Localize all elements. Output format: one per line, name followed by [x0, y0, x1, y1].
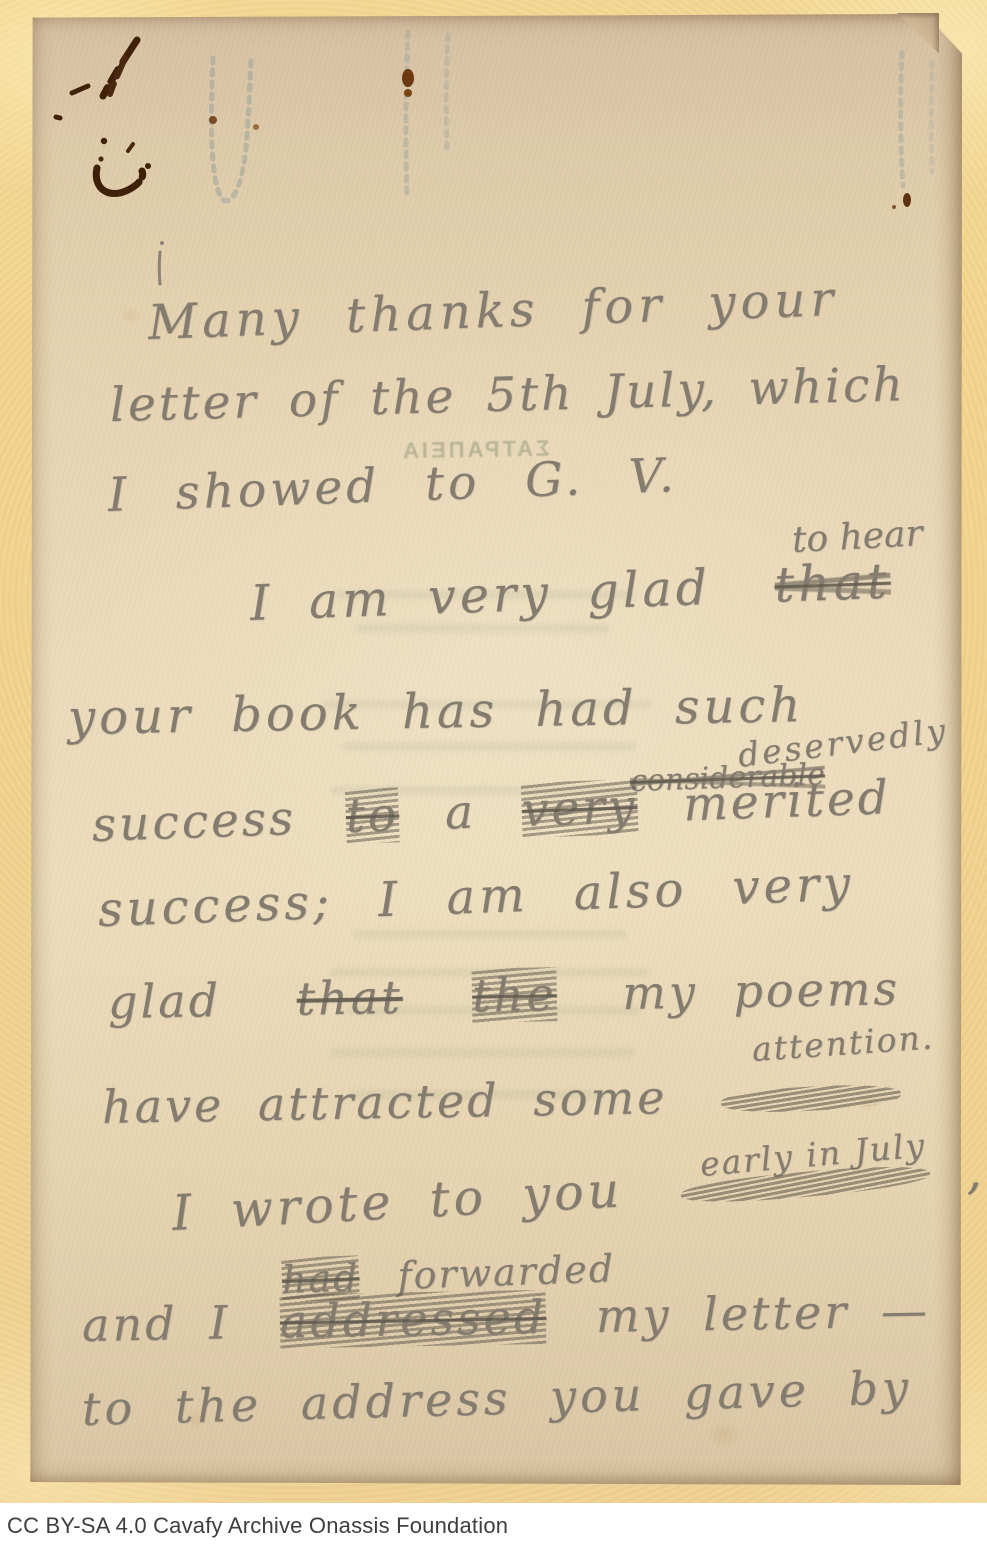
- struck-word: addressed: [279, 1290, 546, 1349]
- word-segment: my letter —: [595, 1283, 930, 1343]
- struck-word: that: [773, 553, 891, 614]
- word-segment: ,: [964, 1142, 987, 1200]
- word-segment: success: [91, 791, 297, 853]
- struck-word: very: [521, 779, 638, 838]
- license-text: CC BY-SA 4.0 Cavafy Archive Onassis Foun…: [7, 1513, 508, 1539]
- struck-word: that: [296, 970, 403, 1026]
- word-segment: and I: [82, 1295, 231, 1352]
- word-segment: my poems: [622, 961, 901, 1020]
- scanned-letter-page: ΣΑΤΡΑΠΕΙΑ: [0, 0, 987, 1549]
- word-segment: glad: [108, 973, 222, 1029]
- struck-word: the: [472, 967, 557, 1022]
- ink-hook: [96, 168, 142, 193]
- strikethrough-scribble: [720, 1082, 901, 1115]
- word-segment: merited: [682, 770, 891, 832]
- license-bar: CC BY-SA 4.0 Cavafy Archive Onassis Foun…: [0, 1503, 987, 1549]
- faint-vertical-strokes: [212, 32, 932, 201]
- struck-word: to: [345, 787, 400, 844]
- pencil-tick: [159, 252, 160, 284]
- word-segment: have attracted some: [102, 1070, 668, 1134]
- word-segment: a: [444, 785, 477, 841]
- ink-blots: [209, 69, 911, 209]
- strikethrough-scribble: [680, 1160, 931, 1207]
